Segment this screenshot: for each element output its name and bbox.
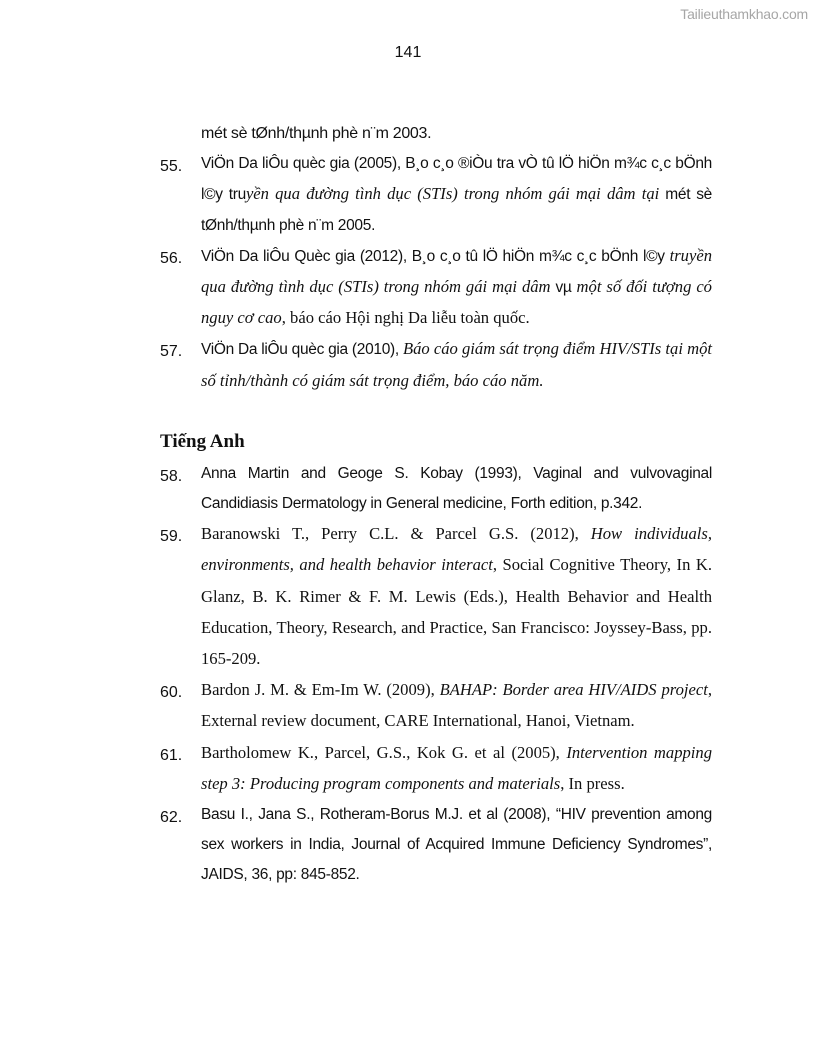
reference-text: Anna Martin and Geoge S. Kobay (1993), V… <box>201 459 712 519</box>
reference-text: Bartholomew K., Parcel, G.S., Kok G. et … <box>201 738 712 800</box>
reference-number: 56. <box>160 244 182 274</box>
reference-number: 57. <box>160 337 182 367</box>
reference-number: 60. <box>160 678 182 708</box>
english-references: 58.Anna Martin and Geoge S. Kobay (1993)… <box>160 459 712 891</box>
reference-text: ViÖn Da liÔu quèc gia (2005), B¸o c¸o ®i… <box>201 149 712 241</box>
reference-text-part: , In press. <box>560 774 625 793</box>
reference-text: ViÖn Da liÔu quèc gia (2010), Báo cáo gi… <box>201 334 712 396</box>
reference-number: 62. <box>160 803 182 833</box>
references-content: mét sè tØnh/thµnh phè n¨m 2003. 55.ViÖn … <box>160 119 712 891</box>
reference-text-part: Bardon J. M. & Em-Im W. (2009), <box>201 680 440 699</box>
page-number: 141 <box>0 44 816 62</box>
watermark: Tailieuthamkhao.com <box>680 6 808 22</box>
vietnamese-references: 55.ViÖn Da liÔu quèc gia (2005), B¸o c¸o… <box>160 149 712 397</box>
reference-number: 58. <box>160 462 182 492</box>
reference-text-part: ViÖn Da liÔu Quèc gia (2012), B¸o c¸o tû… <box>201 248 670 265</box>
reference-text: Bardon J. M. & Em-Im W. (2009), BAHAP: B… <box>201 675 712 737</box>
reference-item: 58.Anna Martin and Geoge S. Kobay (1993)… <box>160 459 712 519</box>
reference-text-part: Baranowski T., Perry C.L. & Parcel G.S. … <box>201 524 591 543</box>
reference-text-part: Bartholomew K., Parcel, G.S., Kok G. et … <box>201 743 566 762</box>
reference-item: 55.ViÖn Da liÔu quèc gia (2005), B¸o c¸o… <box>160 149 712 241</box>
reference-text-part: Basu I., Jana S., Rotheram-Borus M.J. et… <box>201 806 712 883</box>
reference-item: 60.Bardon J. M. & Em-Im W. (2009), BAHAP… <box>160 675 712 737</box>
reference-continuation: mét sè tØnh/thµnh phè n¨m 2003. <box>160 119 712 149</box>
reference-title-italic: BAHAP: Border area HIV/AIDS project <box>440 680 708 699</box>
reference-number: 61. <box>160 741 182 771</box>
reference-item: 61.Bartholomew K., Parcel, G.S., Kok G. … <box>160 738 712 800</box>
reference-text: ViÖn Da liÔu Quèc gia (2012), B¸o c¸o tû… <box>201 241 712 335</box>
reference-text-part: ViÖn Da liÔu quèc gia (2010), <box>201 341 403 358</box>
reference-item: 56.ViÖn Da liÔu Quèc gia (2012), B¸o c¸o… <box>160 241 712 335</box>
reference-text: Baranowski T., Perry C.L. & Parcel G.S. … <box>201 519 712 675</box>
reference-text-part: vµ <box>555 279 571 296</box>
reference-number: 55. <box>160 152 182 182</box>
reference-text-part: Anna Martin and Geoge S. Kobay (1993), V… <box>201 465 712 512</box>
reference-item: 57.ViÖn Da liÔu quèc gia (2010), Báo cáo… <box>160 334 712 396</box>
section-heading-english: Tiếng Anh <box>160 427 712 457</box>
reference-item: 59.Baranowski T., Perry C.L. & Parcel G.… <box>160 519 712 675</box>
reference-text: Basu I., Jana S., Rotheram-Borus M.J. et… <box>201 800 712 891</box>
reference-item: 62.Basu I., Jana S., Rotheram-Borus M.J.… <box>160 800 712 891</box>
reference-number: 59. <box>160 522 182 552</box>
reference-title-italic: yền qua đường tình dục (STIs) trong nhóm… <box>246 184 659 203</box>
reference-text-part: , báo cáo Hội nghị Da liễu toàn quốc. <box>282 308 530 327</box>
